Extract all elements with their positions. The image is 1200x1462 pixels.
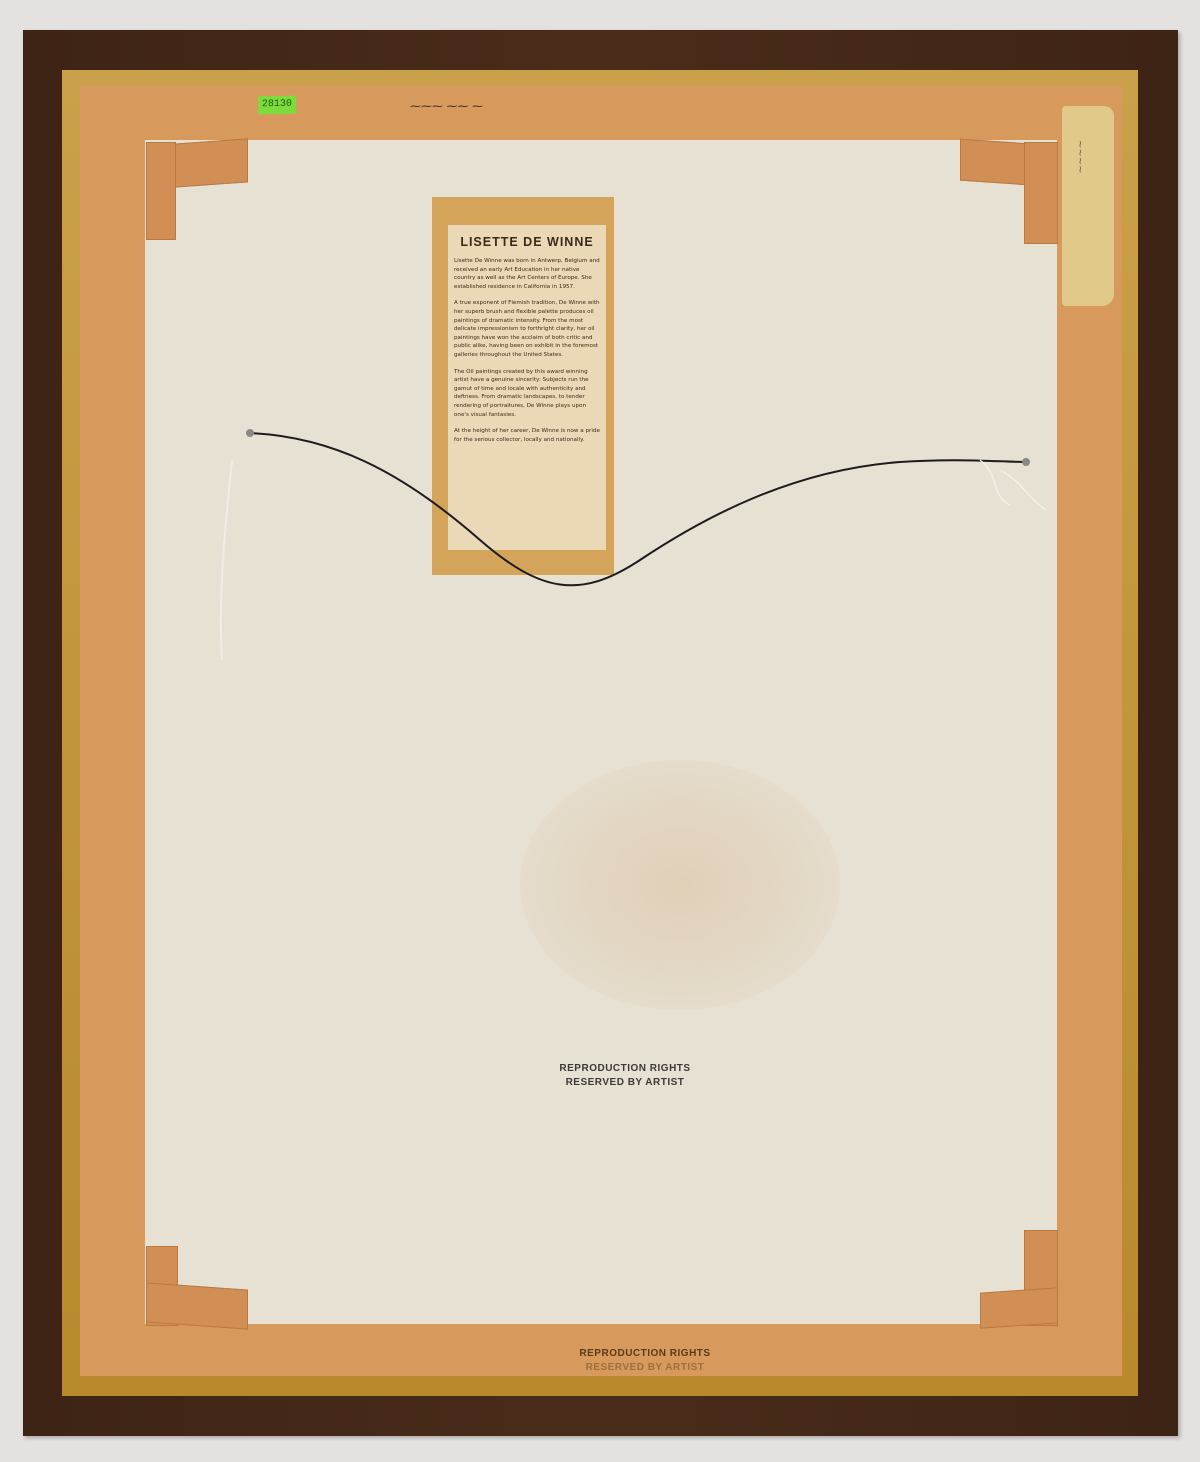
stamp-line-1: REPRODUCTION RIGHTS — [560, 1347, 730, 1361]
bottom-rail-stamp: REPRODUCTION RIGHTS RESERVED BY ARTIST — [560, 1347, 730, 1375]
canvas-stamp: REPRODUCTION RIGHTS RESERVED BY ARTIST — [540, 1062, 710, 1090]
stamp-line-2: RESERVED BY ARTIST — [540, 1076, 710, 1090]
stamp-line-2: RESERVED BY ARTIST — [560, 1361, 730, 1375]
hanging-wire — [0, 0, 1200, 1462]
stamp-line-1: REPRODUCTION RIGHTS — [540, 1062, 710, 1076]
wire-eyelet-left — [246, 429, 254, 437]
wire-eyelet-right — [1022, 458, 1030, 466]
